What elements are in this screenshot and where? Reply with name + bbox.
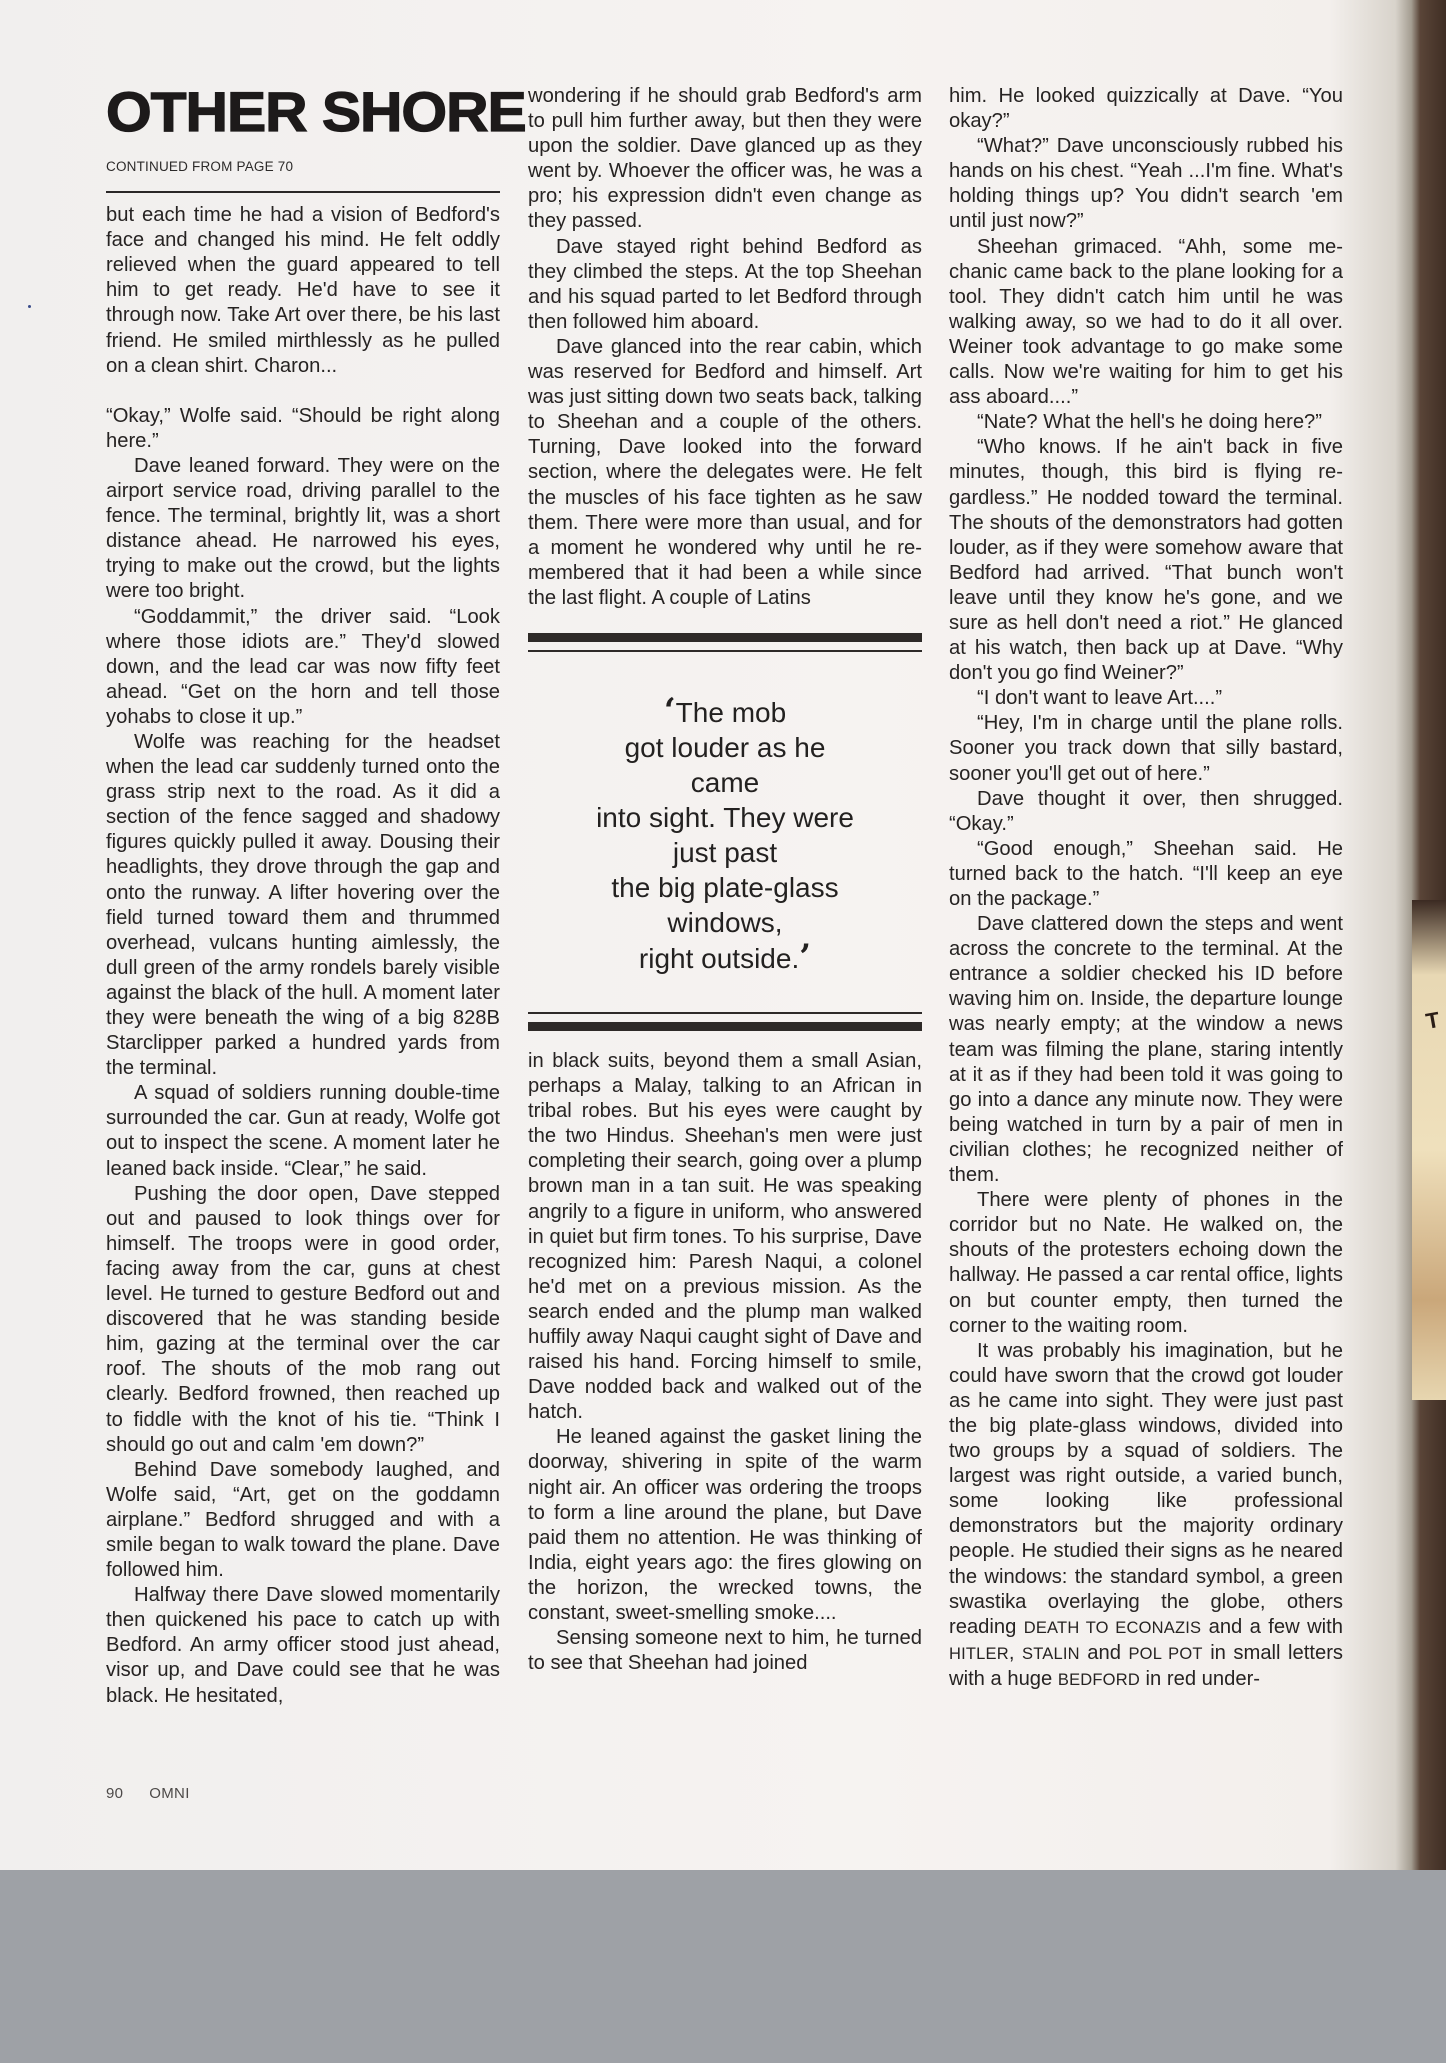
sign-text: POL POT <box>1128 1645 1202 1663</box>
pull-quote: ‘The mob got louder as he came into sigh… <box>528 652 922 1012</box>
page-number: 90 <box>106 1785 123 1802</box>
stray-mark <box>28 305 31 308</box>
column-1: OTHER SHORE CONTINUED FROM PAGE 70 but e… <box>106 84 500 1709</box>
pull-quote-line: windows, <box>528 905 922 940</box>
paragraph: Dave glanced into the rear cabin, which … <box>528 335 922 611</box>
paragraph: “Okay,” Wolfe said. “Should be right alo… <box>106 404 500 454</box>
magazine-name: OMNI <box>149 1785 189 1802</box>
paragraph: Sensing someone next to him, he turned t… <box>528 1626 922 1676</box>
text-run: and a few with <box>1201 1616 1343 1638</box>
magazine-page: OTHER SHORE CONTINUED FROM PAGE 70 but e… <box>0 0 1446 1870</box>
paragraph: “I don't want to leave Art....” <box>949 686 1343 711</box>
paragraph: Pushing the door open, Dave stepped out … <box>106 1182 500 1458</box>
paragraph: Halfway there Dave slowed momen­tarily t… <box>106 1583 500 1708</box>
pull-quote-line: just past <box>528 835 922 870</box>
pull-quote-line: right outside. <box>639 943 799 974</box>
sign-text: HITLER <box>949 1645 1009 1663</box>
text-run: and <box>1080 1642 1129 1664</box>
pull-quote-line: came <box>528 765 922 800</box>
paragraph: “Nate? What the hell's he doing here?” <box>949 410 1343 435</box>
paragraph: Behind Dave somebody laughed, and Wolfe … <box>106 1458 500 1583</box>
paragraph: He leaned against the gasket lining the … <box>528 1425 922 1626</box>
paragraph: “Goddammit,” the driver said. “Look wher… <box>106 605 500 730</box>
paragraph: Dave stayed right behind Bedford as they… <box>528 235 922 335</box>
paragraph: “What?” Dave unconsciously rubbed his ha… <box>949 134 1343 234</box>
paragraph: It was probably his imagination, but he … <box>949 1339 1343 1693</box>
pull-quote-line: the big plate-glass <box>528 870 922 905</box>
paragraph: A squad of soldiers running double-time … <box>106 1081 500 1181</box>
page-footer: 90OMNI <box>106 1785 216 1802</box>
text-run: in red under- <box>1140 1668 1260 1690</box>
paragraph: wondering if he should grab Bedford's ar… <box>528 84 922 235</box>
paragraph: Dave leaned forward. They were on the ai… <box>106 454 500 605</box>
paragraph: “Hey, I'm in charge until the plane roll… <box>949 711 1343 786</box>
section-break <box>106 379 500 404</box>
paragraph: Sheehan grimaced. “Ahh, some me­chanic c… <box>949 235 1343 411</box>
text-run: It was probably his imagination, but he … <box>949 1340 1343 1638</box>
close-quote-icon: ’ <box>799 937 811 977</box>
pull-quote-line: got louder as he <box>528 730 922 765</box>
sign-text: BEDFORD <box>1058 1671 1140 1689</box>
continued-from-label: CONTINUED FROM PAGE 70 <box>106 154 500 179</box>
paragraph: but each time he had a vision of Bedford… <box>106 203 500 379</box>
column-2: wondering if he should grab Bedford's ar… <box>528 84 922 1676</box>
sign-text: DEATH TO ECONAZIS <box>1024 1619 1201 1637</box>
pull-quote-bottom-rule <box>528 1012 922 1014</box>
paragraph: “Who knows. If he ain't back in five min… <box>949 435 1343 686</box>
paragraph: in black suits, beyond them a small Asia… <box>528 1049 922 1425</box>
paragraph: Dave thought it over, then shrugged. “Ok… <box>949 787 1343 837</box>
paragraph: him. He looked quizzically at Dave. “You… <box>949 84 1343 134</box>
pull-quote-top-bar <box>528 633 922 642</box>
adjacent-page-edge <box>1412 900 1446 1400</box>
article-title: OTHER SHORE <box>106 84 520 140</box>
pull-quote-bottom-bar <box>528 1022 922 1031</box>
title-divider <box>106 191 500 193</box>
column-3: him. He looked quizzically at Dave. “You… <box>949 84 1343 1693</box>
sign-text: STALIN <box>1022 1645 1080 1663</box>
open-quote-icon: ‘ <box>664 691 676 731</box>
paragraph: There were plenty of phones in the corri… <box>949 1188 1343 1339</box>
pull-quote-line: into sight. They were <box>528 800 922 835</box>
paragraph: Dave clattered down the steps and went a… <box>949 912 1343 1188</box>
paragraph: Wolfe was reaching for the headset when … <box>106 730 500 1081</box>
pull-quote-line: The mob <box>676 697 787 728</box>
paragraph: “Good enough,” Sheehan said. He turned b… <box>949 837 1343 912</box>
text-run: , <box>1009 1642 1022 1664</box>
